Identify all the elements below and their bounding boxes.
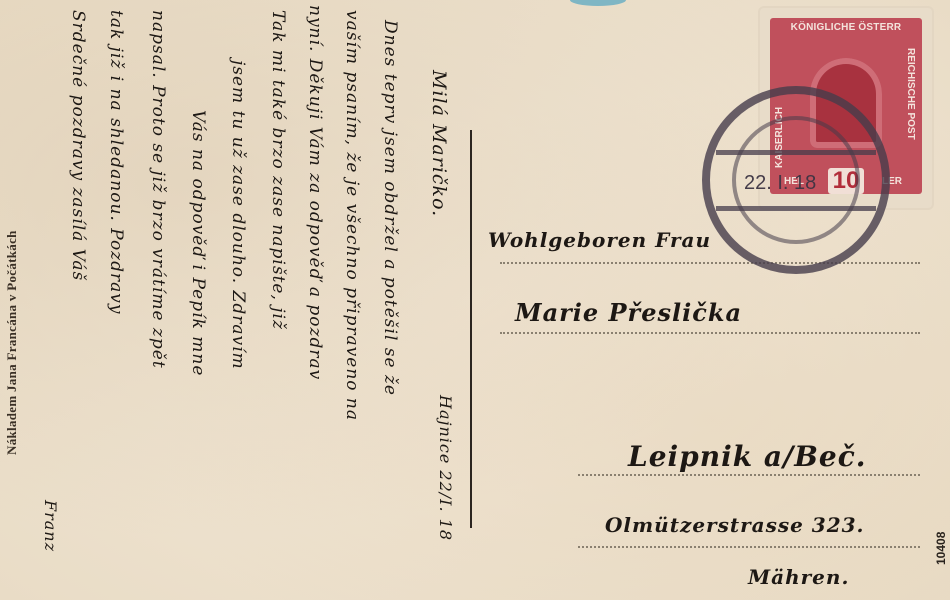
message-place-date: Hajnice 22/I. 18 — [436, 395, 455, 541]
message-signature: Franz — [41, 500, 60, 552]
message-line: Tak mi také brzo zase napište, již — [268, 10, 288, 330]
publisher-imprint: Nákladem Jana Francána v Počátkách — [4, 230, 20, 455]
address-dotted-line — [578, 546, 920, 549]
address-dotted-line — [578, 474, 920, 477]
divider-line — [470, 130, 472, 528]
message-line: nyní. Děkuji Vám za odpověď a pozdrav — [305, 5, 325, 380]
stamp-right-text: REICHISCHE POST — [905, 48, 916, 140]
address-dotted-line — [500, 332, 920, 335]
address-name: Marie Přeslička — [515, 298, 742, 327]
postmark-date: 22. I. 18 — [744, 172, 816, 195]
postmark-bar — [716, 150, 876, 155]
address-city: Leipnik a/Beč. — [628, 440, 867, 473]
message-line: Vás na odpověď i Pepík mne — [188, 110, 208, 376]
postmark-cancellation: 22. I. 18 — [702, 86, 890, 274]
message-line: vaším psaním, že je všechno připraveno n… — [342, 10, 362, 421]
message-line: Dnes teprv jsem obdržel a potěšil se že — [380, 20, 400, 396]
message-line: jsem tu už zase dlouho. Zdravím — [228, 60, 248, 370]
address-salutation: Wohlgeboren Frau — [488, 228, 711, 252]
address-dotted-line — [500, 262, 920, 265]
message-line: tak již i na shledanou. Pozdravy — [106, 10, 126, 315]
message-line: Srdečné pozdravy zasílá Váš — [68, 10, 88, 281]
postmark-bar — [716, 206, 876, 211]
message-salutation: Milá Maričko. — [428, 70, 450, 217]
message-line: napsal. Proto se již brzo vrátíme zpět — [148, 10, 168, 369]
postcard-back: Nákladem Jana Francána v Počátkách Milá … — [0, 0, 950, 600]
serial-number: 10408 — [934, 532, 948, 565]
ink-stain — [570, 0, 626, 6]
stamp-top-text: KÖNIGLICHE ÖSTERR — [770, 22, 922, 33]
address-region: Mähren. — [748, 565, 849, 589]
address-street: Olmützerstrasse 323. — [605, 513, 865, 537]
